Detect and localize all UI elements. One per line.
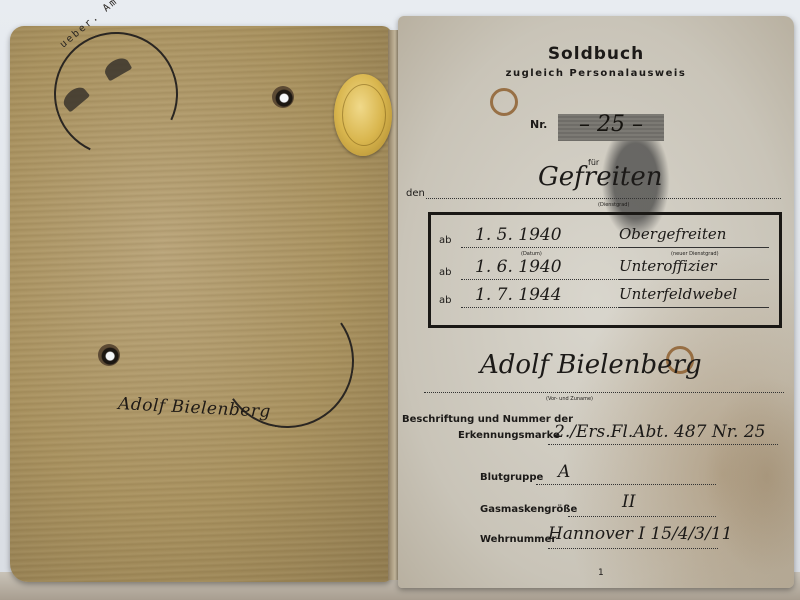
promotion-row: ab 1. 6. 1940 Unteroffizier	[439, 257, 769, 281]
punch-hole-top	[272, 86, 294, 108]
promotion-date: 1. 7. 1944	[461, 285, 625, 308]
euro-coin	[334, 74, 392, 156]
promotion-row: ab 1. 5. 1940 Obergefreiten	[439, 225, 769, 249]
page-number: 1	[598, 568, 604, 578]
name-caption: (Vor- und Zuname)	[546, 396, 593, 402]
blutgruppe-value: A	[558, 462, 570, 482]
promotion-date: 1. 6. 1940	[461, 257, 625, 280]
rank-caption: (Dienstgrad)	[598, 202, 629, 208]
ab-label: ab	[439, 235, 451, 246]
promotion-row: ab 1. 7. 1944 Unterfeldwebel	[439, 285, 769, 309]
nr-value: – 25 –	[558, 112, 664, 137]
gasmaske-line	[568, 516, 716, 517]
nr-label: Nr.	[530, 118, 547, 131]
promotion-box: ab 1. 5. 1940 Obergefreiten (Datum) (neu…	[428, 212, 782, 328]
name-line	[424, 392, 784, 393]
ab-label: ab	[439, 295, 451, 306]
blutgruppe-label: Blutgruppe	[480, 472, 543, 483]
den-line	[426, 198, 781, 199]
gasmaske-label: Gasmaskengröße	[480, 504, 577, 515]
coin-relief	[342, 84, 386, 146]
soldbuch-title-page: Soldbuch zugleich Personalausweis Nr. – …	[398, 16, 794, 588]
promotion-rank: Unteroffizier	[619, 257, 769, 280]
rank-value: Gefreiten	[538, 162, 663, 192]
punch-hole-bottom	[98, 344, 120, 366]
den-label: den	[406, 188, 425, 199]
gasmaske-value: II	[622, 492, 635, 512]
blutgruppe-line	[536, 484, 716, 485]
erkennungsmarke-label-1: Beschriftung und Nummer der	[402, 414, 573, 425]
promotion-rank: Obergefreiten	[619, 225, 769, 248]
promotion-date: 1. 5. 1940	[461, 225, 625, 248]
erkennungsmarke-line	[548, 444, 778, 445]
erkennungsmarke-value: 2./Ers.Fl.Abt. 487 Nr. 25	[554, 422, 765, 442]
erkennungsmarke-label-2: Erkennungsmarke	[458, 430, 560, 441]
document-subtitle: zugleich Personalausweis	[398, 68, 794, 79]
holder-name: Adolf Bielenberg	[480, 350, 702, 380]
rust-ring-top	[490, 88, 518, 116]
document-title: Soldbuch	[398, 44, 794, 64]
promotion-rank: Unterfeldwebel	[619, 285, 769, 308]
wehrnummer-label: Wehrnummer	[480, 534, 556, 545]
water-stain	[704, 376, 794, 576]
wehrnummer-line	[548, 548, 718, 549]
ab-label: ab	[439, 267, 451, 278]
wehrnummer-value: Hannover I 15/4/3/11	[548, 524, 733, 544]
